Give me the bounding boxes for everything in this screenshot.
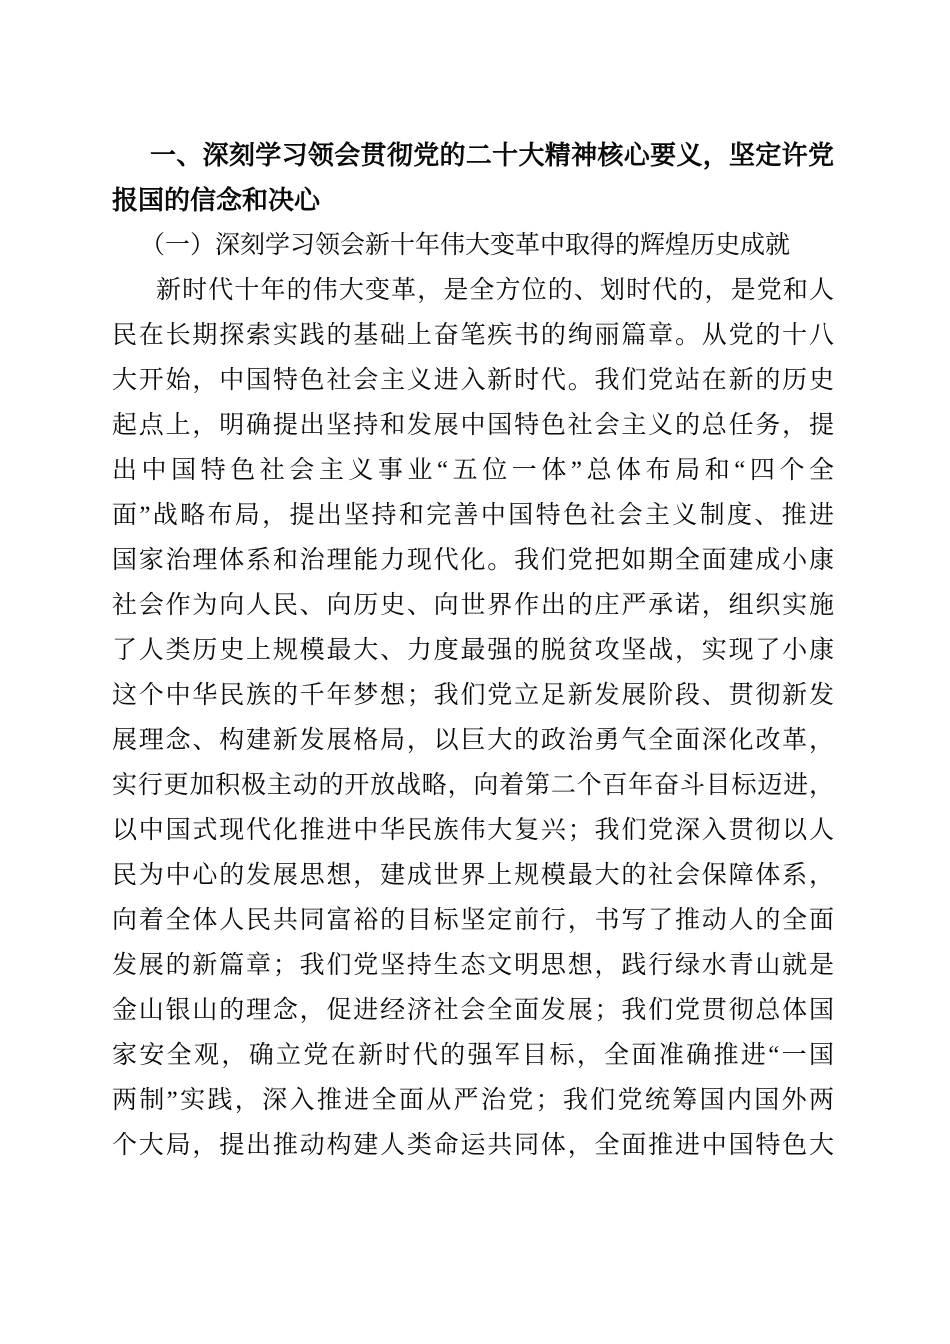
body-text-line: 两制”实践，深入推进全面从严治党；我们党统筹国内国外两	[112, 1078, 834, 1123]
heading-line: 一、深刻学习领会贯彻党的二十大精神核心要义，坚定许党	[112, 133, 834, 178]
body-text-line: 民为中心的发展思想，建成世界上规模最大的社会保障体系，	[112, 853, 834, 898]
document-page: 一、深刻学习领会贯彻党的二十大精神核心要义，坚定许党报国的信念和决心（一）深刻学…	[0, 0, 950, 1344]
body-text-line: 实行更加积极主动的开放战略，向着第二个百年奋斗目标迈进，	[112, 763, 834, 808]
body-text-line: 发展的新篇章；我们党坚持生态文明思想，践行绿水青山就是	[112, 943, 834, 988]
body-text-line: 以中国式现代化推进中华民族伟大复兴；我们党深入贯彻以人	[112, 808, 834, 853]
heading-line: 报国的信念和决心	[112, 178, 834, 223]
body-text-line: 展理念、构建新发展格局，以巨大的政治勇气全面深化改革，	[112, 718, 834, 763]
body-text-line: 了人类历史上规模最大、力度最强的脱贫攻坚战，实现了小康	[112, 628, 834, 673]
body-text-line: 国家治理体系和治理能力现代化。我们党把如期全面建成小康	[112, 538, 834, 583]
body-text-line: 这个中华民族的千年梦想；我们党立足新发展阶段、贯彻新发	[112, 673, 834, 718]
body-text-line: 新时代十年的伟大变革，是全方位的、划时代的，是党和人	[112, 268, 834, 313]
body-text-line: 向着全体人民共同富裕的目标坚定前行，书写了推动人的全面	[112, 898, 834, 943]
subheading-line: （一）深刻学习领会新十年伟大变革中取得的辉煌历史成就	[112, 223, 834, 268]
body-text-line: 个大局，提出推动构建人类命运共同体，全面推进中国特色大	[112, 1123, 834, 1168]
body-text-line: 金山银山的理念，促进经济社会全面发展；我们党贯彻总体国	[112, 988, 834, 1033]
body-text-line: 面”战略布局，提出坚持和完善中国特色社会主义制度、推进	[112, 493, 834, 538]
document-text-block: 一、深刻学习领会贯彻党的二十大精神核心要义，坚定许党报国的信念和决心（一）深刻学…	[112, 133, 834, 1168]
body-text-line: 大开始，中国特色社会主义进入新时代。我们党站在新的历史	[112, 358, 834, 403]
body-text-line: 出中国特色社会主义事业“五位一体”总体布局和“四个全	[112, 448, 834, 493]
body-text-line: 社会作为向人民、向历史、向世界作出的庄严承诺，组织实施	[112, 583, 834, 628]
body-text-line: 民在长期探索实践的基础上奋笔疾书的绚丽篇章。从党的十八	[112, 313, 834, 358]
body-text-line: 起点上，明确提出坚持和发展中国特色社会主义的总任务，提	[112, 403, 834, 448]
body-text-line: 家安全观，确立党在新时代的强军目标，全面准确推进“一国	[112, 1033, 834, 1078]
